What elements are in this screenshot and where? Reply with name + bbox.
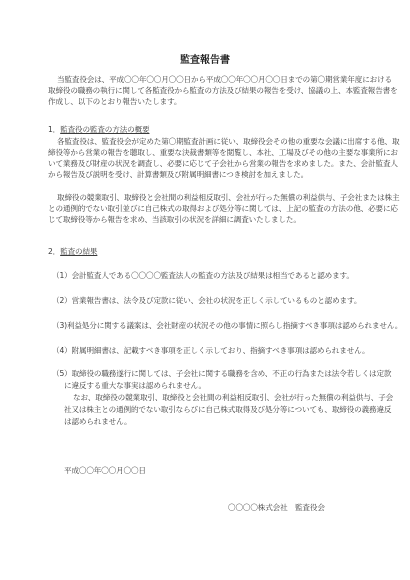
result-item-5-line: 社又は株主との通例的でない取引ならびに自己株式取得及び処分等についても、取締役の… bbox=[64, 404, 391, 415]
result-item-1: （1）会計監査人である〇〇〇〇監査法人の監査の方法及び結果は相当であると認めます… bbox=[52, 270, 354, 281]
section1-heading-text: 監査役の監査の方法の概要 bbox=[60, 125, 149, 134]
section2-heading-text: 監査の結果 bbox=[60, 247, 97, 256]
result-item-5-line: は認められません。 bbox=[64, 416, 131, 427]
section1-para2-line: 取締役の競業取引、取締役と会社間の利益相反取引、会社が行った無償の利益供与、子会… bbox=[57, 192, 399, 203]
section1-para2-line: じて取締役等から報告を求め、当該取引の状況を詳細に調査いたしました。 bbox=[48, 214, 301, 225]
signature: 〇〇〇〇株式会社 監査役会 bbox=[228, 502, 325, 513]
section1-para2-line: との通例的でない取引並びに自己株式の取得および処分等に関しては、上記の監査の方法… bbox=[48, 203, 398, 214]
section1-heading: 1．監査役の監査の方法の概要 bbox=[48, 124, 149, 135]
result-item-5-line: に違反する重大な事実は認められません。 bbox=[64, 380, 206, 391]
section2-heading: 2．監査の結果 bbox=[48, 246, 97, 257]
result-item-5-line: （5）取締役の職務遂行に関しては、子会社に関する職務を含め、不正の行為または法令… bbox=[52, 368, 391, 379]
result-item-2: （2）営業報告書は、法令及び定款に従い、会社の状況を正しく示しているものと認めま… bbox=[52, 295, 361, 306]
intro-line-2: 取締役の職務の執行に関して各監査役から監査の方法及び結果の報告を受け、協議の上、… bbox=[48, 85, 398, 96]
document-title: 監査報告書 bbox=[0, 51, 410, 66]
section1-para1-line: いて業務及び財産の状況を調査し、必要に応じて子会社から営業の報告を求めました。ま… bbox=[48, 158, 398, 169]
document-page: 監査報告書 当監査役会は、平成〇〇年〇〇月〇〇日から平成〇〇年〇〇月〇〇日までの… bbox=[0, 0, 410, 580]
result-item-5-line: なお、取締役の競業取引、取締役と会社間の利益相反取引、会社が行った無償の利益供与… bbox=[73, 392, 393, 403]
section1-number: 1． bbox=[48, 125, 60, 134]
intro-line-3: 作成し、以下のとおり報告いたします。 bbox=[48, 96, 181, 107]
result-item-4: （4）附属明細書は、記載すべき事項を正しく示しており、指摘すべき事項は認められま… bbox=[52, 345, 369, 356]
section1-para1-line: 各監査役は、監査役会が定めた第〇期監査計画に従い、取締役会その他の重要な会議に出… bbox=[57, 136, 399, 147]
section1-para1-line: から報告及び説明を受け、計算書類及び附属明細書につき検討を加えました。 bbox=[48, 169, 308, 180]
intro-line-1: 当監査役会は、平成〇〇年〇〇月〇〇日から平成〇〇年〇〇月〇〇日までの第〇期営業年… bbox=[57, 74, 392, 85]
section1-para1-line: 締役等から営業の報告を聴取し、重要な決裁書類等を閲覧し、本社、工場及びその他の主… bbox=[48, 147, 398, 158]
result-item-3: （3)利益処分に関する議案は、会社財産の状況その他の事情に照らし指摘すべき事項は… bbox=[52, 320, 402, 331]
report-date: 平成〇〇年〇〇月〇〇日 bbox=[64, 465, 146, 476]
section2-number: 2． bbox=[48, 247, 60, 256]
